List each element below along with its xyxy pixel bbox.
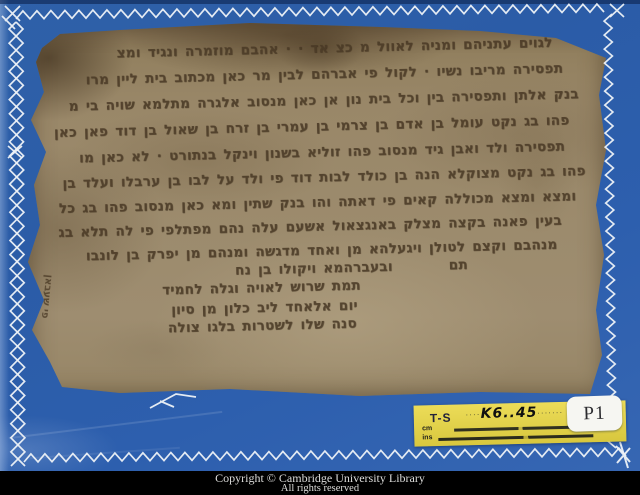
- manuscript-line: לגוים עתניהם ומניה לאוול מ כצ אד · · אהב…: [116, 37, 552, 61]
- ins-scale-bar: [438, 434, 593, 441]
- corner-knot-top-right: [610, 4, 624, 17]
- stray-thread: [150, 394, 196, 408]
- manuscript-colophon-line: סנה שלו לשטרות בלגו צולה: [152, 317, 372, 336]
- right-zigzag-stitch: [604, 14, 616, 448]
- top-zigzag-stitch: [16, 4, 604, 19]
- rights-line: All rights reserved: [0, 484, 640, 494]
- photo-top-edge: [0, 0, 640, 4]
- copyright-bar: Copyright © Cambridge University Library…: [0, 471, 640, 495]
- left-cross-stitch: [9, 22, 18, 466]
- label-series: T-S: [430, 411, 452, 426]
- manuscript-line: תפסירה מריבו נשיו · לקול פי אברהם לבין מ…: [86, 62, 564, 87]
- manuscript-line: תפסירה ולד ואבן גיד מנסוב פהו זוליא בשנו…: [79, 140, 565, 165]
- manuscript-colophon-line: תמת שרוש לאויה וגלה לחמיד: [146, 279, 376, 298]
- manuscript-line: ומצא ומצא מכוללה קאים פי דאתה והו בנק שת…: [59, 190, 577, 216]
- handwritten-text-block: לגוים עתניהם ומניה לאוול מ כצ אד · · אהב…: [35, 20, 591, 413]
- manuscript-line: בעין פאנה בקצה מצלק באנגצאול אשעם עלה נה…: [58, 215, 562, 241]
- margin-note-vertical: פי שעבאן: [39, 274, 53, 319]
- parchment-fragment: לגוים עתניהם ומניה לאוול מ כצ אד · · אהב…: [25, 20, 610, 400]
- ins-unit-label: ins: [422, 434, 432, 441]
- side-knot-left: [8, 146, 22, 158]
- page-number-sticker: P1: [566, 395, 622, 432]
- manuscript-photo: לגוים עתניהם ומניה לאוול מ כצ אד · · אהב…: [0, 0, 640, 495]
- cm-unit-label: cm: [422, 425, 432, 432]
- corner-knot-bottom-right: [616, 442, 630, 468]
- leader-dots: .......: [537, 406, 563, 416]
- manuscript-line: פהו בג נקט עומל בן אדם בן צרמי בן עמרי ב…: [54, 114, 570, 140]
- left-cross-stitch: [16, 22, 25, 466]
- glass-glare: [0, 415, 120, 473]
- classmark-handwritten: K6..45: [480, 405, 537, 422]
- manuscript-line: תם ובעברהמא ויקולו בן נח: [235, 259, 468, 278]
- manuscript-line: פהו בג נקט מצוקלא הנה בן כולד לבות דוד פ…: [62, 165, 586, 191]
- manuscript-line: בנק אלתן ותפסירה בין וכל בית נון אן כאן …: [69, 88, 579, 114]
- mount-sheen: [0, 0, 9, 471]
- leader-dots: ....: [466, 408, 481, 417]
